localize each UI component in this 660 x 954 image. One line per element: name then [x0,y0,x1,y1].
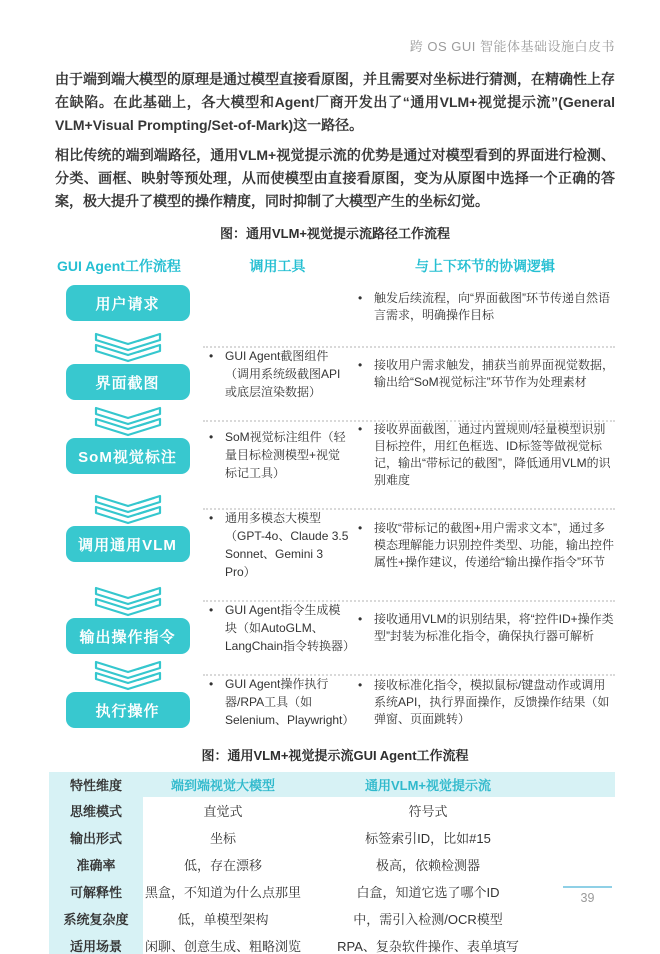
chevron-down-icon [92,585,164,617]
table-row-label: 思维模式 [49,797,143,824]
coordination-cell: • 接收用户需求触发，捕获当前界面视觉数据，输出给“SoM视觉标注”环节作为处理… [355,331,615,405]
table-row: 系统复杂度 低，单模型架构 中，需引入检测/OCR模型 [49,905,615,932]
document-page: 跨 OS GUI 智能体基础设施白皮书 由于端到端大模型的原理是通过模型直接看原… [0,0,660,954]
table-cell-vlm: 白盒，知道它选了哪个ID [303,882,553,901]
flowchart-column-headers: GUI Agent工作流程 调用工具 与上下环节的协调逻辑 [55,256,615,276]
tool-cell: • GUI Agent操作执行器/RPA工具（如Selenium、Playwri… [200,659,355,733]
coordination-text: 触发后续流程，向“界面截图”环节传递自然语言需求，明确操作目标 [374,290,615,324]
table-row: 可解释性 黑盒，不知道为什么点那里 白盒，知道它选了哪个ID [49,878,615,905]
tool-cell: • 通用多模态大模型（GPT-4o、Claude 3.5 Sonnet、Gemi… [200,493,355,585]
flow-row: 界面截图 • GUI Agent截图组件（调用系统级截图API 或底层渲染数据）… [55,331,615,405]
figure2-caption: 图：通用VLM+视觉提示流GUI Agent工作流程 [55,745,615,764]
chevron-down-icon [92,493,164,525]
coordination-text: 接收通用VLM的识别结果，将“控件ID+操作类型”封装为标准化指令，确保执行器可… [374,611,615,645]
tool-text: GUI Agent操作执行器/RPA工具（如Selenium、Playwrigh… [225,675,351,729]
flow-step-box: SoM视觉标注 [66,438,190,474]
paragraph-2: 相比传统的端到端路径，通用VLM+视觉提示流的优势是通过对模型看到的界面进行检测… [55,144,615,213]
flow-step-column: 界面截图 [55,331,200,405]
flow-row: 调用通用VLM • 通用多模态大模型（GPT-4o、Claude 3.5 Son… [55,493,615,585]
coordination-text: 接收界面截图，通过内置规则/轻量模型识别目标控件，用红色框选、ID标签等做视觉标… [374,421,615,489]
flowchart: 用户请求 • • 触发后续流程，向“界面截图”环节传递自然语言需求，明确操作目标 [55,285,615,733]
flow-step-box: 界面截图 [66,364,190,400]
table-cell-vlm: 标签索引ID，比如#15 [303,828,553,847]
table-header-e2e: 端到端视觉大模型 [143,775,303,794]
flow-step-label: 执行操作 [95,700,159,721]
table-cell-e2e: 低，存在漂移 [143,855,303,874]
table-row-label: 适用场景 [49,932,143,954]
row-separator [203,600,615,602]
coordination-cell: • 接收通用VLM的识别结果，将“控件ID+操作类型”封装为标准化指令，确保执行… [355,585,615,659]
table-cell-e2e: 黑盒，不知道为什么点那里 [143,882,303,901]
table-cell-vlm: 符号式 [303,801,553,820]
page-content: 由于端到端大模型的原理是通过模型直接看原图，并且需要对坐标进行猜测，在精确性上存… [55,68,615,954]
coordination-cell: • 接收标准化指令，模拟鼠标/键盘动作或调用系统API，执行界面操作，反馈操作结… [355,659,615,733]
flow-step-column: 执行操作 [55,659,200,733]
bullet-icon: • [355,421,374,489]
tool-text: SoM视觉标注组件（轻量目标检测模型+视觉标记工具） [225,428,351,482]
coordination-cell: • 接收“带标记的截图+用户需求文本”，通过多模态理解能力识别控件类型、功能，输… [355,493,615,585]
chevron-down-icon [92,659,164,691]
flow-step-column: 输出操作指令 [55,585,200,659]
figure1-caption: 图：通用VLM+视觉提示流路径工作流程 [55,223,615,242]
row-separator [203,674,615,676]
tool-cell: • GUI Agent指令生成模块（如AutoGLM、LangChain指令转换… [200,585,355,659]
coordination-cell: • 接收界面截图，通过内置规则/轻量模型识别目标控件，用红色框选、ID标签等做视… [355,405,615,493]
table-row: 输出形式 坐标 标签索引ID，比如#15 [49,824,615,851]
bullet-icon: • [355,520,374,571]
row-separator [203,420,615,422]
flow-step-label: 用户请求 [95,293,159,314]
flow-step-label: 界面截图 [95,372,159,393]
column-header-flow: GUI Agent工作流程 [55,256,200,276]
coordination-text: 接收用户需求触发，捕获当前界面视觉数据，输出给“SoM视觉标注”环节作为处理素材 [374,357,615,391]
table-row: 适用场景 闲聊、创意生成、粗略浏览 RPA、复杂软件操作、表单填写 [49,932,615,954]
page-number: 39 [563,891,612,905]
bullet-icon: • [206,675,225,729]
comparison-table: 特性维度 端到端视觉大模型 通用VLM+视觉提示流 思维模式 直觉式 符号式 输… [49,772,615,954]
footer-rule [563,886,612,888]
tool-text: 通用多模态大模型（GPT-4o、Claude 3.5 Sonnet、Gemini… [225,509,351,581]
row-separator [203,346,615,348]
paragraph-1: 由于端到端大模型的原理是通过模型直接看原图，并且需要对坐标进行猜测，在精确性上存… [55,68,615,137]
bullet-icon: • [206,428,225,482]
table-body: 思维模式 直觉式 符号式 输出形式 坐标 标签索引ID，比如#15 准确率 低，… [49,797,615,954]
tool-cell: • [200,285,355,331]
flow-step-column: SoM视觉标注 [55,405,200,493]
coordination-text: 接收标准化指令，模拟鼠标/键盘动作或调用系统API，执行界面操作，反馈操作结果（… [374,677,615,728]
flow-step-column: 调用通用VLM [55,493,200,585]
flow-step-box: 调用通用VLM [66,526,190,562]
bullet-icon: • [355,677,374,728]
flow-step-label: SoM视觉标注 [78,446,177,467]
flow-step-label: 调用通用VLM [78,534,177,555]
coordination-cell: • 触发后续流程，向“界面截图”环节传递自然语言需求，明确操作目标 [355,285,615,331]
column-header-coordination: 与上下环节的协调逻辑 [355,256,615,276]
table-row-label: 准确率 [49,851,143,878]
table-cell-vlm: 极高，依赖检测器 [303,855,553,874]
flow-row: 输出操作指令 • GUI Agent指令生成模块（如AutoGLM、LangCh… [55,585,615,659]
table-cell-e2e: 低，单模型架构 [143,909,303,928]
tool-cell: • GUI Agent截图组件（调用系统级截图API 或底层渲染数据） [200,331,355,405]
table-row-label: 系统复杂度 [49,905,143,932]
bullet-icon: • [355,357,374,391]
table-header-row: 特性维度 端到端视觉大模型 通用VLM+视觉提示流 [49,772,615,797]
coordination-text: 接收“带标记的截图+用户需求文本”，通过多模态理解能力识别控件类型、功能，输出控… [374,520,615,571]
flow-row: SoM视觉标注 • SoM视觉标注组件（轻量目标检测模型+视觉标记工具） • 接… [55,405,615,493]
flow-step-label: 输出操作指令 [79,626,175,647]
table-row: 思维模式 直觉式 符号式 [49,797,615,824]
table-cell-e2e: 闲聊、创意生成、粗略浏览 [143,936,303,954]
bullet-icon: • [206,347,225,401]
table-row: 准确率 低，存在漂移 极高，依赖检测器 [49,851,615,878]
table-header-dimension: 特性维度 [49,772,143,797]
flow-row: 执行操作 • GUI Agent操作执行器/RPA工具（如Selenium、Pl… [55,659,615,733]
tool-cell: • SoM视觉标注组件（轻量目标检测模型+视觉标记工具） [200,405,355,493]
table-row-label: 输出形式 [49,824,143,851]
table-row-label: 可解释性 [49,878,143,905]
table-header-vlm: 通用VLM+视觉提示流 [303,775,553,794]
bullet-icon: • [206,601,225,655]
row-separator [203,508,615,510]
bullet-icon: • [355,290,374,324]
table-cell-e2e: 坐标 [143,828,303,847]
bullet-icon: • [355,611,374,645]
tool-text: GUI Agent截图组件（调用系统级截图API 或底层渲染数据） [225,347,351,401]
table-cell-vlm: RPA、复杂软件操作、表单填写 [303,936,553,954]
chevron-down-icon [92,405,164,437]
document-header: 跨 OS GUI 智能体基础设施白皮书 [410,36,615,55]
tool-text: GUI Agent指令生成模块（如AutoGLM、LangChain指令转换器） [225,601,351,655]
bullet-icon: • [206,509,225,581]
flow-step-column: 用户请求 [55,285,200,331]
column-header-tools: 调用工具 [200,256,355,276]
flow-step-box: 输出操作指令 [66,618,190,654]
chevron-down-icon [92,331,164,363]
flow-step-box: 用户请求 [66,285,190,321]
table-cell-vlm: 中，需引入检测/OCR模型 [303,909,553,928]
flow-row: 用户请求 • • 触发后续流程，向“界面截图”环节传递自然语言需求，明确操作目标 [55,285,615,331]
table-cell-e2e: 直觉式 [143,801,303,820]
flow-step-box: 执行操作 [66,692,190,728]
